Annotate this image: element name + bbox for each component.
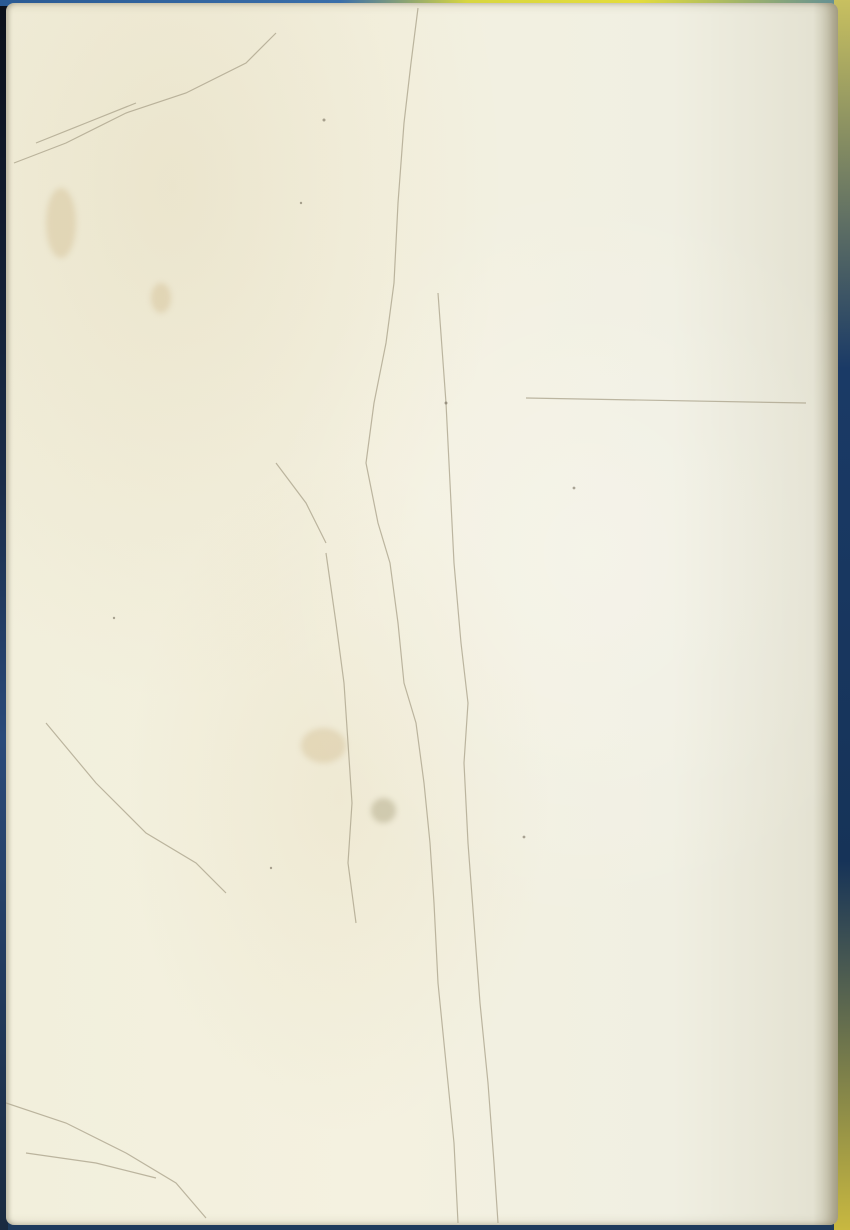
crease-lines: [6, 3, 838, 1225]
scanned-book-cover: [0, 0, 850, 1230]
cover-paper: [6, 3, 838, 1225]
